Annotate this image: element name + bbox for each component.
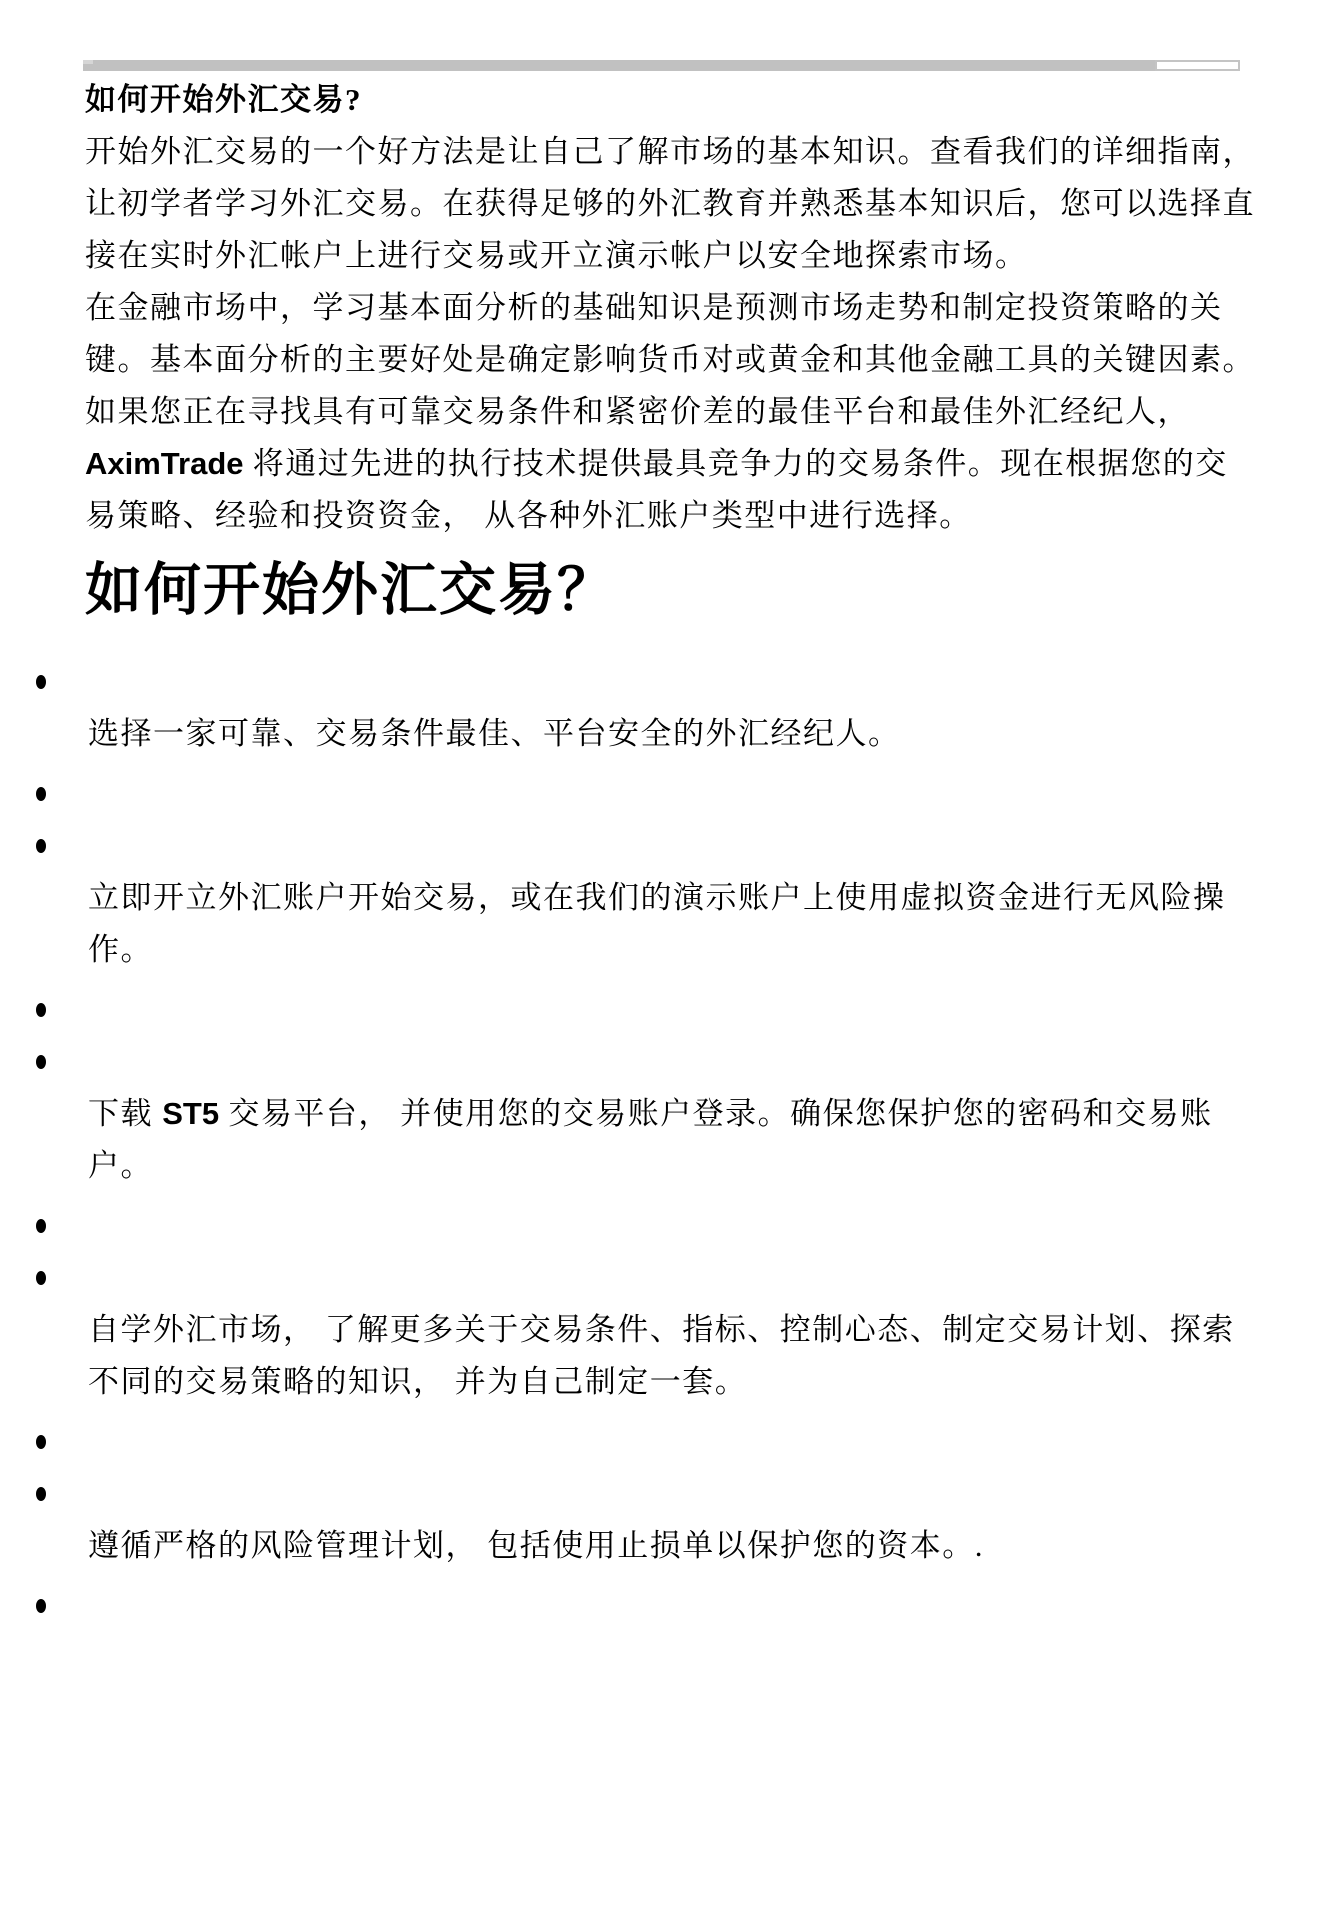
list-bullet-row [85, 1200, 1257, 1252]
page: 如何开始外汇交易? 开始外汇交易的一个好方法是让自己了解市场的基本知识。查看我们… [0, 0, 1323, 1918]
intro-heading: 如何开始外汇交易? [85, 74, 1257, 126]
list-item: 遵循严格的风险管理计划， 包括使用止损单以保护您的资本。. [85, 1520, 1257, 1572]
text-run: 下载 [88, 1096, 162, 1131]
list-item: 下载 ST5 交易平台， 并使用您的交易账户登录。确保您保护您的密码和交易账户。 [85, 1088, 1257, 1192]
paragraph: 开始外汇交易的一个好方法是让自己了解市场的基本知识。查看我们的详细指南，让初学者… [85, 126, 1257, 282]
text-run: 开始外汇交易的一个好方法是让自己了解市场的基本知识。查看我们的详细指南，让初学者… [85, 134, 1255, 273]
article-content: 如何开始外汇交易? 开始外汇交易的一个好方法是让自己了解市场的基本知识。查看我们… [85, 74, 1257, 1632]
bullet-icon [36, 1055, 46, 1069]
bullet-icon [36, 1271, 46, 1285]
list-bullet-row [85, 1416, 1257, 1468]
main-heading: 如何开始外汇交易？ [85, 560, 1257, 622]
list-item: 选择一家可靠、交易条件最佳、平台安全的外汇经纪人。 [85, 708, 1257, 760]
divider-bar [83, 60, 1240, 71]
text-run: 选择一家可靠、交易条件最佳、平台安全的外汇经纪人。 [88, 716, 901, 751]
bullet-icon [36, 1487, 46, 1501]
divider-groove [1155, 60, 1240, 71]
bullet-icon [36, 1599, 46, 1613]
brand-name: AximTrade [85, 446, 244, 481]
list-item: 立即开立外汇账户开始交易，或在我们的演示账户上使用虚拟资金进行无风险操作。 [85, 872, 1257, 976]
divider-fill [83, 60, 1155, 71]
bullet-icon [36, 787, 46, 801]
list-item: 自学外汇市场， 了解更多关于交易条件、指标、控制心态、制定交易计划、探索不同的交… [85, 1304, 1257, 1408]
text-run: 在金融市场中，学习基本面分析的基础知识是预测市场走势和制定投资策略的关键。基本面… [85, 290, 1255, 429]
list-bullet-row [85, 1468, 1257, 1520]
paragraph: 在金融市场中，学习基本面分析的基础知识是预测市场走势和制定投资策略的关键。基本面… [85, 282, 1257, 542]
text-run: 自学外汇市场， 了解更多关于交易条件、指标、控制心态、制定交易计划、探索不同的交… [88, 1312, 1235, 1399]
list-bullet-row [85, 1580, 1257, 1632]
bullet-icon [36, 839, 46, 853]
text-run: 遵循严格的风险管理计划， 包括使用止损单以保护您的资本。. [88, 1528, 984, 1563]
list-bullet-row [85, 1252, 1257, 1304]
list-bullet-row [85, 768, 1257, 820]
platform-name: ST5 [162, 1096, 219, 1131]
list-bullet-row [85, 1036, 1257, 1088]
text-run: 立即开立外汇账户开始交易，或在我们的演示账户上使用虚拟资金进行无风险操作。 [88, 880, 1226, 967]
text-run: 交易平台， 并使用您的交易账户登录。确保您保护您的密码和交易账户。 [88, 1096, 1213, 1183]
list-bullet-row [85, 656, 1257, 708]
bullet-icon [36, 1219, 46, 1233]
bullet-icon [36, 1435, 46, 1449]
bullet-icon [36, 675, 46, 689]
list-bullet-row [85, 820, 1257, 872]
paragraph-group: 开始外汇交易的一个好方法是让自己了解市场的基本知识。查看我们的详细指南，让初学者… [85, 126, 1257, 542]
bullet-icon [36, 1003, 46, 1017]
steps-list: 选择一家可靠、交易条件最佳、平台安全的外汇经纪人。立即开立外汇账户开始交易，或在… [85, 656, 1257, 1632]
list-bullet-row [85, 984, 1257, 1036]
text-run: 将通过先进的执行技术提供最具竞争力的交易条件。现在根据您的交易策略、经验和投资资… [85, 446, 1228, 533]
